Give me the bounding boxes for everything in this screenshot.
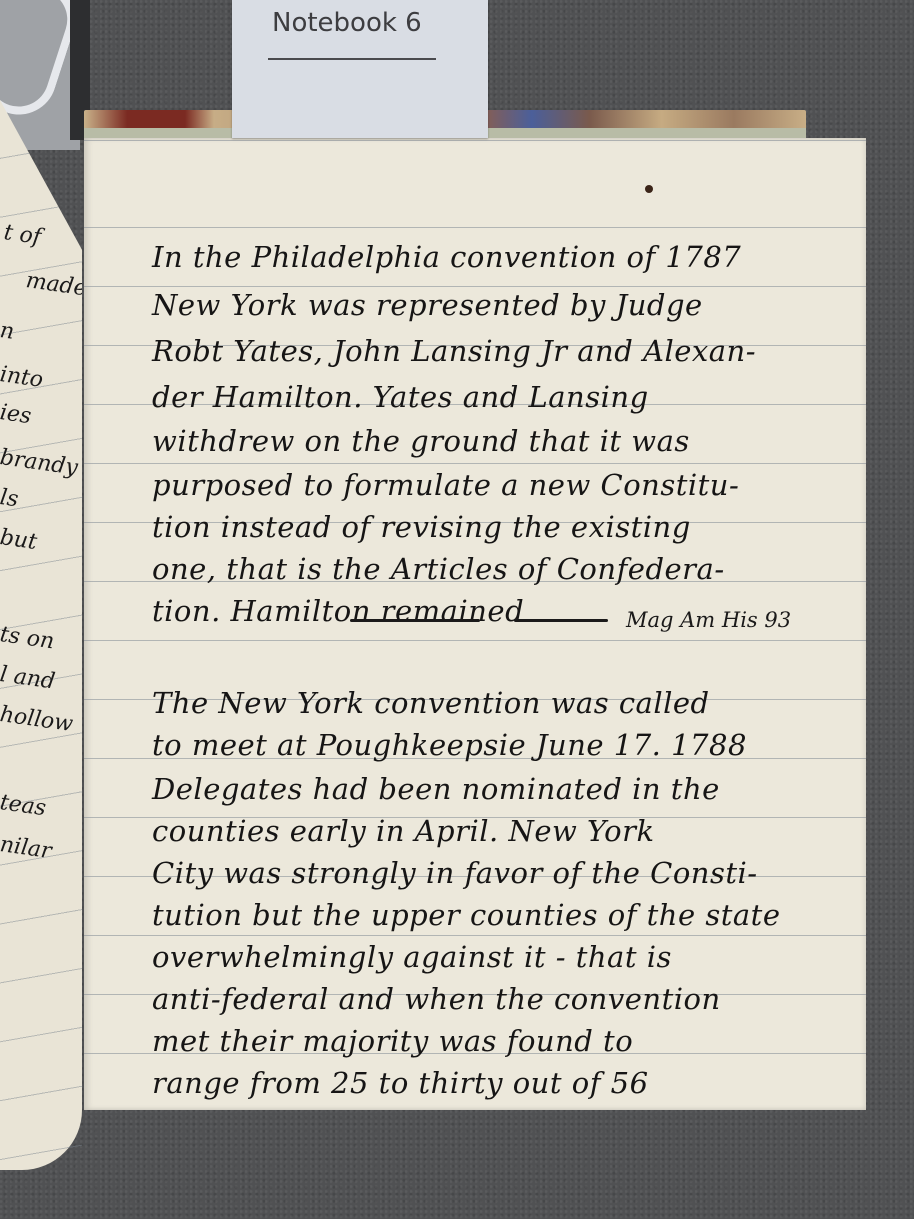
left-fragment: ies — [0, 400, 33, 429]
handwritten-line: The New York convention was called — [152, 686, 710, 720]
handwritten-line: Robt Yates, John Lansing Jr and Alexan- — [152, 334, 756, 368]
left-page: t of made n into ies brandy ls but ts on… — [0, 100, 82, 1170]
handwritten-line: Delegates had been nominated in the — [152, 772, 720, 806]
handwritten-line: der Hamilton. Yates and Lansing — [152, 380, 649, 414]
handwritten-line: purposed to formulate a new Constitu- — [152, 468, 739, 502]
handwritten-line: tution but the upper counties of the sta… — [152, 898, 781, 932]
binding-hole — [645, 185, 653, 193]
label-underline — [268, 58, 436, 60]
handwritten-line: withdrew on the ground that it was — [152, 424, 690, 458]
handwritten-line: range from 25 to thirty out of 56 — [152, 1066, 649, 1100]
left-fragment: ls — [0, 485, 20, 512]
handwritten-line: counties early in April. New York — [152, 814, 655, 848]
handwritten-line: one, that is the Articles of Confedera- — [152, 552, 725, 586]
handwritten-line: City was strongly in favor of the Consti… — [152, 856, 758, 890]
right-page: In the Philadelphia convention of 1787 N… — [84, 138, 866, 1110]
handwritten-line: New York was represented by Judge — [152, 288, 703, 322]
handwritten-line: anti-federal and when the convention — [152, 982, 721, 1016]
citation: Mag Am His 93 — [626, 608, 791, 632]
handwritten-line: to meet at Poughkeepsie June 17. 1788 — [152, 728, 747, 762]
left-fragment: but — [0, 525, 38, 555]
separator-stroke — [514, 619, 608, 622]
separator-stroke — [350, 619, 480, 622]
handwritten-line: In the Philadelphia convention of 1787 — [152, 240, 741, 274]
notebook-label-text: Notebook 6 — [272, 8, 422, 38]
notebook-label: Notebook 6 — [232, 0, 488, 138]
handwritten-line: met their majority was found to — [152, 1024, 633, 1058]
handwritten-line: overwhelmingly against it - that is — [152, 940, 672, 974]
handwritten-line: tion instead of revising the existing — [152, 510, 691, 544]
handwritten-line: tion. Hamilton remained — [152, 594, 524, 628]
left-fragment: t of — [2, 220, 42, 250]
